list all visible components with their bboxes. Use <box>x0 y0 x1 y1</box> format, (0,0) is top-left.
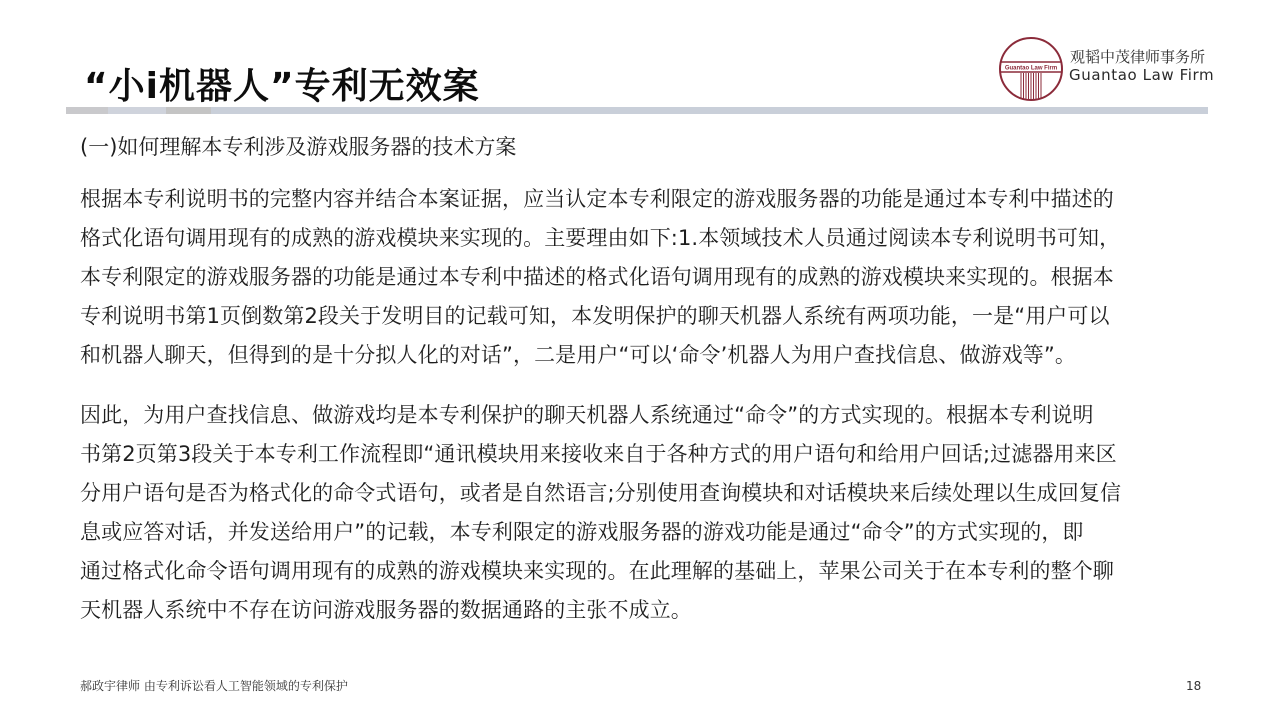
paragraph-line: 分用户语句是否为格式化的命令式语句，或者是自然语言;分别使用查询模块和对话模块来… <box>80 474 1210 513</box>
paragraph-line: 专利说明书第1页倒数第2段关于发明目的记载可知，本发明保护的聊天机器人系统有两项… <box>80 297 1210 336</box>
body-paragraph-1: 根据本专利说明书的完整内容并结合本案证据，应当认定本专利限定的游戏服务器的功能是… <box>80 180 1210 375</box>
firm-name-english: Guantao Law Firm <box>1069 66 1214 84</box>
paragraph-line: 根据本专利说明书的完整内容并结合本案证据，应当认定本专利限定的游戏服务器的功能是… <box>80 180 1210 219</box>
page-number: 18 <box>1186 679 1201 693</box>
body-paragraph-2: 因此，为用户查找信息、做游戏均是本专利保护的聊天机器人系统通过“命令”的方式实现… <box>80 396 1210 630</box>
paragraph-line: 通过格式化命令语句调用现有的成熟的游戏模块来实现的。在此理解的基础上，苹果公司关… <box>80 552 1210 591</box>
firm-name-chinese: 观韬中茂律师事务所 <box>1070 46 1205 67</box>
firm-logo: Guantao Law Firm <box>998 36 1064 102</box>
paragraph-line: 息或应答对话，并发送给用户”的记载，本专利限定的游戏服务器的游戏功能是通过“命令… <box>80 513 1210 552</box>
firm-logo-icon: Guantao Law Firm <box>998 36 1064 102</box>
section-heading: (一)如何理解本专利涉及游戏服务器的技术方案 <box>80 131 516 161</box>
footer-text: 郝政宇律师 由专利诉讼看人工智能领域的专利保护 <box>80 677 348 694</box>
paragraph-line: 格式化语句调用现有的成熟的游戏模块来实现的。主要理由如下:1.本领域技术人员通过… <box>80 219 1210 258</box>
paragraph-line: 天机器人系统中不存在访问游戏服务器的数据通路的主张不成立。 <box>80 591 1210 630</box>
slide-title: “小i机器人”专利无效案 <box>84 58 480 109</box>
paragraph-line: 本专利限定的游戏服务器的功能是通过本专利中描述的格式化语句调用现有的成熟的游戏模… <box>80 258 1210 297</box>
title-divider <box>66 107 1208 114</box>
paragraph-line: 书第2页第3段关于本专利工作流程即“通讯模块用来接收来自于各种方式的用户语句和给… <box>80 435 1210 474</box>
paragraph-line: 和机器人聊天，但得到的是十分拟人化的对话”，二是用户“可以‘命令’机器人为用户查… <box>80 336 1210 375</box>
svg-text:Guantao Law Firm: Guantao Law Firm <box>1005 66 1057 72</box>
paragraph-line: 因此，为用户查找信息、做游戏均是本专利保护的聊天机器人系统通过“命令”的方式实现… <box>80 396 1210 435</box>
